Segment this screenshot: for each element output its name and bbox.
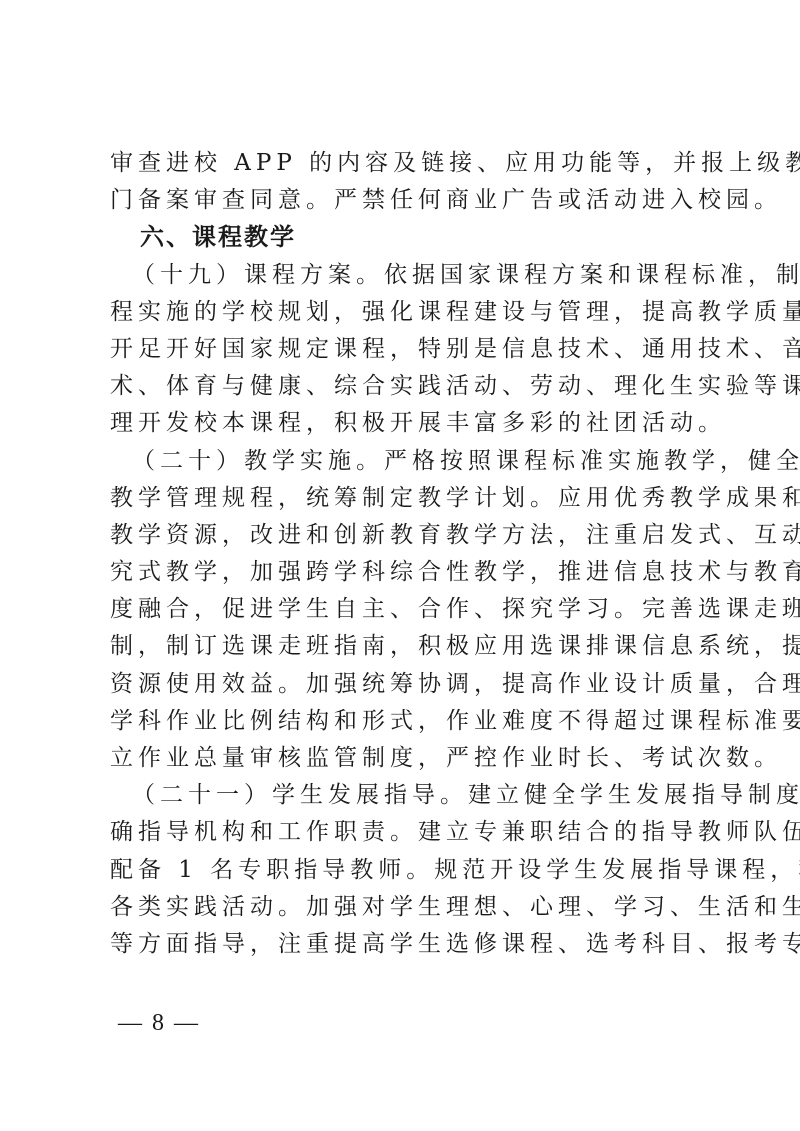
text-line: （二十一）学生发展指导。建立健全学生发展指导制度，明 [110, 777, 702, 814]
paragraph-student-guidance: （二十一）学生发展指导。建立健全学生发展指导制度，明 确指导机构和工作职责。建立… [110, 777, 702, 963]
text-line: 教学资源，改进和创新教育教学方法，注重启发式、互动式、探 [110, 517, 702, 554]
text-line: 开足开好国家规定课程，特别是信息技术、通用技术、音乐、美 [110, 331, 702, 368]
text-line: （二十）教学实施。严格按照课程标准实施教学，健全学校 [110, 443, 702, 480]
text-line: 立作业总量审核监管制度，严控作业时长、考试次数。 [110, 740, 702, 777]
text-line: 术、体育与健康、综合实践活动、劳动、理化生实验等课程，合 [110, 368, 702, 405]
text-line: 学科作业比例结构和形式，作业难度不得超过课程标准要求，建 [110, 703, 702, 740]
body-text: 审查进校 APP 的内容及链接、应用功能等，并报上级教育主管部 门备案审查同意。… [110, 145, 702, 963]
text-line: 理开发校本课程，积极开展丰富多彩的社团活动。 [110, 405, 702, 442]
section-heading: 六、课程教学 [110, 219, 702, 256]
text-line: 等方面指导，注重提高学生选修课程、选考科目、报考专业和未 [110, 926, 702, 963]
text-line: 程实施的学校规划，强化课程建设与管理，提高教学质量。开齐 [110, 294, 702, 331]
text-line: 度融合，促进学生自主、合作、探究学习。完善选课走班运行机 [110, 591, 702, 628]
text-line: 教学管理规程，统筹制定教学计划。应用优秀教学成果和信息化 [110, 480, 702, 517]
document-page: 审查进校 APP 的内容及链接、应用功能等，并报上级教育主管部 门备案审查同意。… [0, 0, 800, 1131]
text-line: 资源使用效益。加强统筹协调，提高作业设计质量，合理确定各 [110, 666, 702, 703]
text-line: 配备 1 名专职指导教师。规范开设学生发展指导课程，积极开展 [110, 852, 702, 889]
text-line: 确指导机构和工作职责。建立专兼职结合的指导教师队伍，至少 [110, 814, 702, 851]
text-line: （十九）课程方案。依据国家课程方案和课程标准，制订课 [110, 257, 702, 294]
page-number: — 8 — [118, 1010, 200, 1037]
paragraph-curriculum-plan: （十九）课程方案。依据国家课程方案和课程标准，制订课 程实施的学校规划，强化课程… [110, 257, 702, 443]
paragraph-teaching-implementation: （二十）教学实施。严格按照课程标准实施教学，健全学校 教学管理规程，统筹制定教学… [110, 443, 702, 778]
text-line: 究式教学，加强跨学科综合性教学，推进信息技术与教育教学深 [110, 554, 702, 591]
text-line: 制，制订选课走班指南，积极应用选课排课信息系统，提高教学 [110, 628, 702, 665]
text-line: 各类实践活动。加强对学生理想、心理、学习、生活和生涯规划 [110, 889, 702, 926]
text-line: 门备案审查同意。严禁任何商业广告或活动进入校园。 [110, 182, 702, 219]
text-line: 审查进校 APP 的内容及链接、应用功能等，并报上级教育主管部 [110, 145, 702, 182]
